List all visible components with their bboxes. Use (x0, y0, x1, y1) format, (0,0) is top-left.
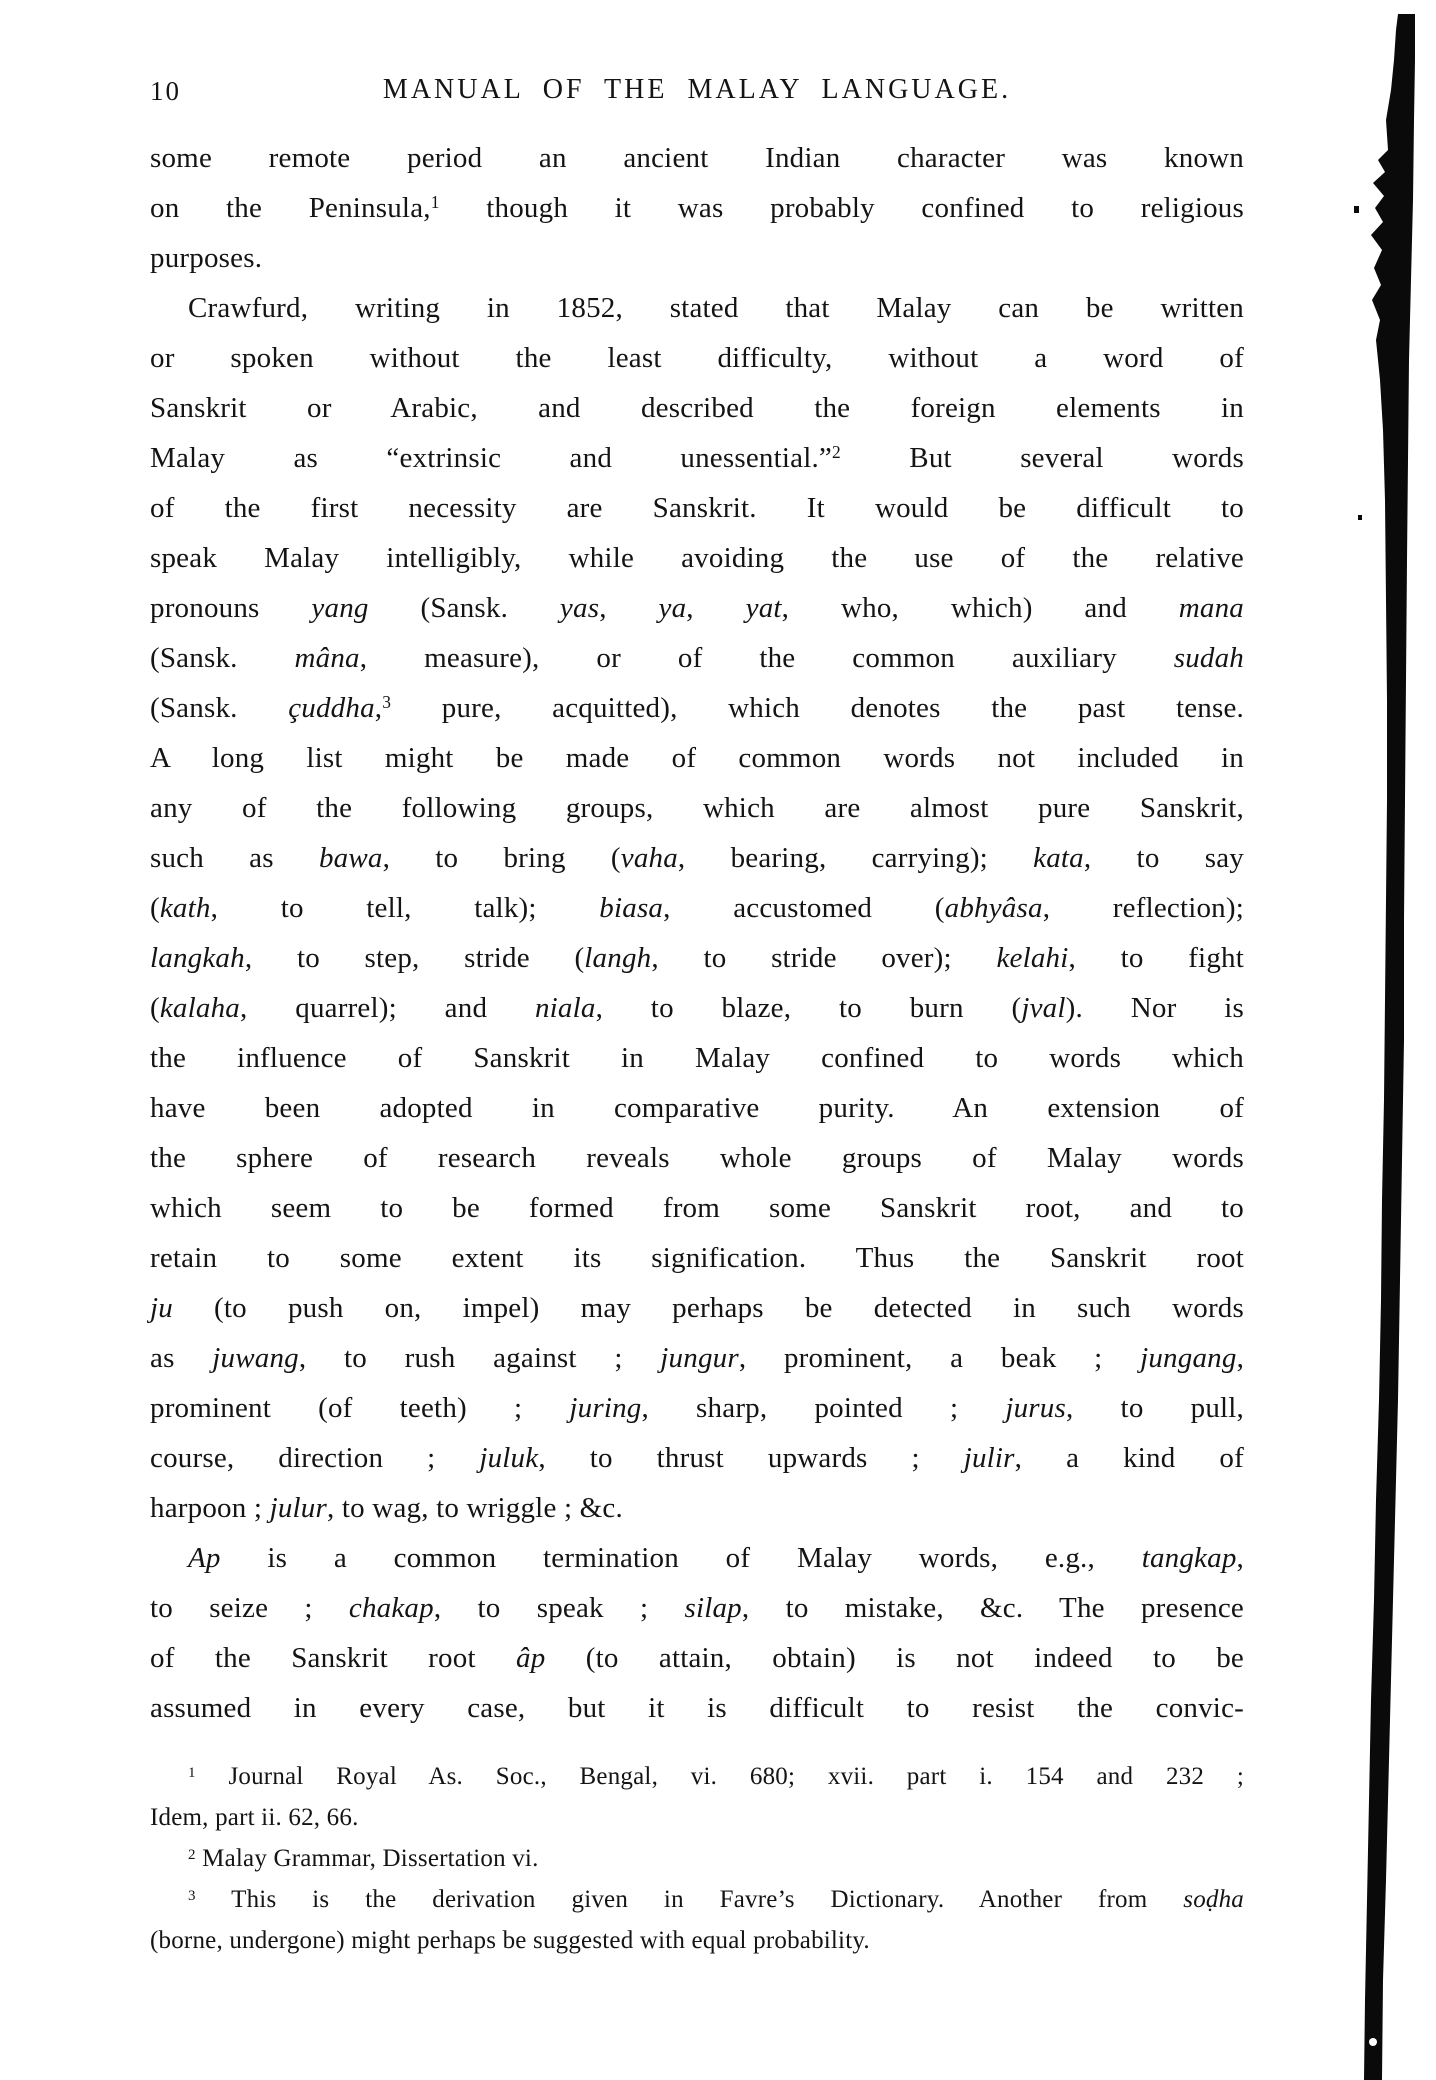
text-line: 2 Malay Grammar, Dissertation vi. (150, 1838, 1244, 1879)
footnote-marker: 2 (188, 1847, 196, 1863)
text-run: , who, which) and (782, 592, 1179, 624)
text-run: (to push on, impel) may perhaps be detec… (173, 1292, 1244, 1324)
text-run: to seize ; (150, 1592, 349, 1624)
italic-term: kelahi (996, 942, 1068, 974)
text-run: , to say (1084, 842, 1244, 874)
text-run: This is the derivation given in Favre’s … (196, 1886, 1184, 1913)
text-run: , to wag, to wriggle ; &c. (327, 1492, 623, 1524)
text-run: any of the following groups, which are a… (150, 792, 1244, 824)
italic-term: soḍha (1183, 1886, 1244, 1913)
text-line: pronouns yang (Sansk. yas, ya, yat, who,… (150, 583, 1244, 633)
italic-term: bawa (319, 842, 383, 874)
text-line: speak Malay intelligibly, while avoiding… (150, 533, 1244, 583)
text-line: Sanskrit or Arabic, and described the fo… (150, 383, 1244, 433)
text-line: prominent (of teeth) ; juring, sharp, po… (150, 1383, 1244, 1433)
running-title: MANUAL OF THE MALAY LANGUAGE. (150, 74, 1244, 106)
text-line: retain to some extent its signification.… (150, 1233, 1244, 1283)
text-run: pure, acquitted), which denotes the past… (391, 692, 1244, 724)
text-run: , accustomed ( (663, 892, 945, 924)
text-run: on the Peninsula, (150, 192, 431, 224)
text-run: prominent (of teeth) ; (150, 1392, 569, 1424)
text-run: the sphere of research reveals whole gro… (150, 1142, 1244, 1174)
text-run: , measure), or of the common auxiliary (360, 642, 1174, 674)
paragraph: Crawfurd, writing in 1852, stated that M… (150, 283, 1244, 1533)
italic-term: tangkap (1142, 1542, 1237, 1574)
text-line: some remote period an ancient Indian cha… (150, 133, 1244, 183)
text-run: ( (150, 992, 160, 1024)
text-run: some remote period an ancient Indian cha… (150, 142, 1244, 174)
italic-term: kata (1033, 842, 1084, 874)
text-run: Crawfurd, writing in 1852, stated that M… (188, 292, 1244, 324)
text-run: But several words (841, 442, 1244, 474)
text-line: course, direction ; juluk, to thrust upw… (150, 1433, 1244, 1483)
text-run: , to speak ; (434, 1592, 685, 1624)
italic-term: vaha (621, 842, 678, 874)
text-line: Malay as “extrinsic and unessential.”2 B… (150, 433, 1244, 483)
text-run: is a common termination of Malay words, … (221, 1542, 1142, 1574)
text-run: , (686, 592, 745, 624)
italic-term: juwang (212, 1342, 299, 1374)
text-run: retain to some extent its signification.… (150, 1242, 1244, 1274)
italic-term: abhyâsa (945, 892, 1043, 924)
italic-term: yas (560, 592, 599, 624)
paragraph: Ap is a common termination of Malay word… (150, 1533, 1244, 1733)
text-run: , (1237, 1342, 1244, 1374)
text-line: A long list might be made of common word… (150, 733, 1244, 783)
footnotes: 1 Journal Royal As. Soc., Bengal, vi. 68… (150, 1756, 1244, 1961)
text-run: the influence of Sanskrit in Malay confi… (150, 1042, 1244, 1074)
text-line: which seem to be formed from some Sanskr… (150, 1183, 1244, 1233)
text-run: Malay Grammar, Dissertation vi. (196, 1845, 539, 1872)
text-run: Idem, part ii. 62, 66. (150, 1804, 359, 1831)
italic-term: jungur (660, 1342, 739, 1374)
text-line: the sphere of research reveals whole gro… (150, 1133, 1244, 1183)
text-run: , bearing, carrying); (678, 842, 1033, 874)
text-run: (Sansk. (150, 642, 295, 674)
text-run: , to mistake, &c. The presence (742, 1592, 1244, 1624)
text-run: , (1237, 1542, 1244, 1574)
italic-term: kath (160, 892, 211, 924)
text-run: , a kind of (1015, 1442, 1244, 1474)
text-run: , to bring ( (383, 842, 621, 874)
footnote-marker: 2 (832, 442, 841, 462)
footnote-marker: 3 (188, 1888, 196, 1904)
text-line: harpoon ; julur, to wag, to wriggle ; &c… (150, 1483, 1244, 1533)
italic-term: Ap (188, 1542, 221, 1574)
text-run: assumed in every case, but it is difficu… (150, 1692, 1244, 1724)
text-line: ju (to push on, impel) may perhaps be de… (150, 1283, 1244, 1333)
text-line: Idem, part ii. 62, 66. (150, 1797, 1244, 1838)
italic-term: biasa (599, 892, 663, 924)
text-run: , to tell, talk); (211, 892, 600, 924)
italic-term: âp (516, 1642, 545, 1674)
text-run: , to thrust upwards ; (538, 1442, 963, 1474)
text-line: (Sansk. çuddha,3 pure, acquitted), which… (150, 683, 1244, 733)
scan-gutter-shadow (1336, 0, 1436, 2080)
text-run: , to blaze, to burn ( (596, 992, 1022, 1024)
text-run: Sanskrit or Arabic, and described the fo… (150, 392, 1244, 424)
text-run: , (599, 592, 658, 624)
body-text: some remote period an ancient Indian cha… (150, 133, 1244, 1733)
text-line: of the first necessity are Sanskrit. It … (150, 483, 1244, 533)
text-run: ). Nor is (1066, 992, 1244, 1024)
italic-term: chakap (349, 1592, 434, 1624)
text-line: (Sansk. mâna, measure), or of the common… (150, 633, 1244, 683)
italic-term: mâna (295, 642, 360, 674)
italic-term: sudah (1174, 642, 1244, 674)
italic-term: çuddha (288, 692, 375, 724)
text-run: of the first necessity are Sanskrit. It … (150, 492, 1244, 524)
text-run: course, direction ; (150, 1442, 479, 1474)
text-run: though it was probably confined to relig… (440, 192, 1244, 224)
italic-term: jungang (1140, 1342, 1236, 1374)
text-line: or spoken without the least difficulty, … (150, 333, 1244, 383)
text-run: , sharp, pointed ; (641, 1392, 1005, 1424)
text-line: Crawfurd, writing in 1852, stated that M… (150, 283, 1244, 333)
italic-term: mana (1179, 592, 1244, 624)
text-run: of the Sanskrit root (150, 1642, 516, 1674)
text-line: (borne, undergone) might perhaps be sugg… (150, 1920, 1244, 1961)
text-line: 1 Journal Royal As. Soc., Bengal, vi. 68… (150, 1756, 1244, 1797)
text-line: assumed in every case, but it is difficu… (150, 1683, 1244, 1733)
text-run: Journal Royal As. Soc., Bengal, vi. 680;… (196, 1763, 1244, 1790)
italic-term: kalaha (160, 992, 240, 1024)
text-run: , reflection); (1043, 892, 1244, 924)
text-line: any of the following groups, which are a… (150, 783, 1244, 833)
italic-term: juluk (479, 1442, 538, 1474)
text-run: have been adopted in comparative purity.… (150, 1092, 1244, 1124)
text-line: purposes. (150, 233, 1244, 283)
italic-term: langh (584, 942, 651, 974)
italic-term: julur (270, 1492, 327, 1524)
text-run: ( (150, 892, 160, 924)
text-run: speak Malay intelligibly, while avoiding… (150, 542, 1244, 574)
text-line: such as bawa, to bring (vaha, bearing, c… (150, 833, 1244, 883)
italic-term: ya (659, 592, 687, 624)
text-run: harpoon ; (150, 1492, 270, 1524)
text-run: purposes. (150, 242, 262, 274)
text-run: (Sansk. (369, 592, 560, 624)
italic-term: juring (569, 1392, 641, 1424)
text-line: have been adopted in comparative purity.… (150, 1083, 1244, 1133)
text-line: as juwang, to rush against ; jungur, pro… (150, 1333, 1244, 1383)
italic-term: niala (535, 992, 596, 1024)
italic-term: langkah (150, 942, 245, 974)
italic-term: yat (746, 592, 782, 624)
italic-term: julir (964, 1442, 1015, 1474)
text-line: to seize ; chakap, to speak ; silap, to … (150, 1583, 1244, 1633)
text-run: Malay as “extrinsic and unessential.” (150, 442, 832, 474)
text-line: Ap is a common termination of Malay word… (150, 1533, 1244, 1583)
text-run: , to rush against ; (299, 1342, 660, 1374)
text-run: , to pull, (1066, 1392, 1244, 1424)
text-line: (kath, to tell, talk); biasa, accustomed… (150, 883, 1244, 933)
italic-term: jurus (1005, 1392, 1066, 1424)
footnote-marker: 1 (188, 1765, 196, 1781)
italic-term: jval (1021, 992, 1065, 1024)
text-line: on the Peninsula,1 though it was probabl… (150, 183, 1244, 233)
text-run: or spoken without the least difficulty, … (150, 342, 1244, 374)
text-run: (borne, undergone) might perhaps be sugg… (150, 1927, 870, 1954)
italic-term: ju (150, 1292, 173, 1324)
text-run: A long list might be made of common word… (150, 742, 1244, 774)
book-page-scan: 10 MANUAL OF THE MALAY LANGUAGE. some re… (0, 0, 1436, 2080)
text-run: , to fight (1069, 942, 1244, 974)
paragraph: some remote period an ancient Indian cha… (150, 133, 1244, 283)
text-run: , to stride over); (651, 942, 996, 974)
footnote-marker: 3 (382, 692, 391, 712)
page-header: 10 MANUAL OF THE MALAY LANGUAGE. (150, 74, 1244, 110)
text-line: (kalaha, quarrel); and niala, to blaze, … (150, 983, 1244, 1033)
text-run: , quarrel); and (240, 992, 535, 1024)
text-run: as (150, 1342, 212, 1374)
text-line: the influence of Sanskrit in Malay confi… (150, 1033, 1244, 1083)
italic-term: silap (684, 1592, 741, 1624)
text-run: which seem to be formed from some Sanskr… (150, 1192, 1244, 1224)
text-line: of the Sanskrit root âp (to attain, obta… (150, 1633, 1244, 1683)
text-line: 3 This is the derivation given in Favre’… (150, 1879, 1244, 1920)
italic-term: yang (311, 592, 368, 624)
text-line: langkah, to step, stride (langh, to stri… (150, 933, 1244, 983)
text-run: (Sansk. (150, 692, 288, 724)
footnote-marker: 1 (431, 192, 440, 212)
text-run: (to attain, obtain) is not indeed to be (545, 1642, 1244, 1674)
text-run: , to step, stride ( (245, 942, 584, 974)
text-run: , prominent, a beak ; (739, 1342, 1140, 1374)
text-run: pronouns (150, 592, 311, 624)
text-run: such as (150, 842, 319, 874)
